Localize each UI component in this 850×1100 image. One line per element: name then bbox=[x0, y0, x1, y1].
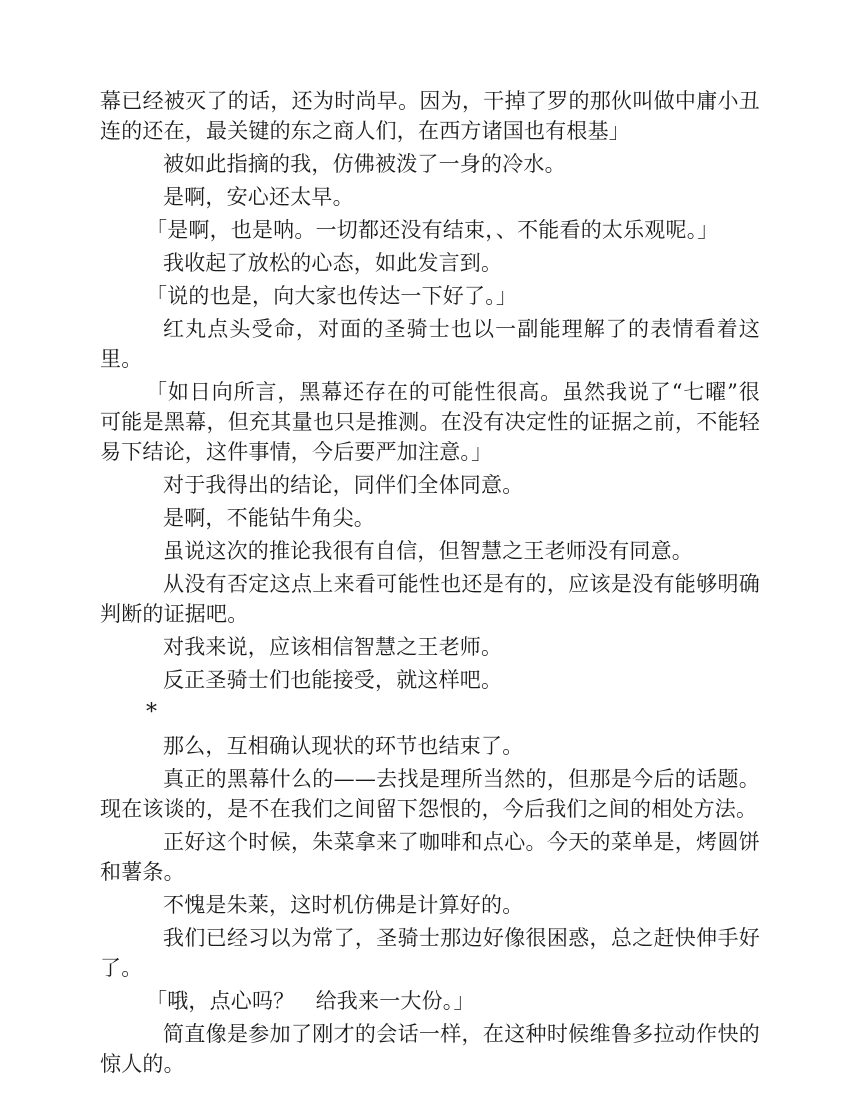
dialogue-paragraph: 「说的也是，向大家也传达一下好了。」 bbox=[100, 281, 760, 311]
dialogue-paragraph: 「如日向所言，黑幕还存在的可能性很高。虽然我说了“七曜”很可能是黑幕，但充其量也… bbox=[100, 377, 760, 467]
paragraph: 反正圣骑士们也能接受，就这样吧。 bbox=[100, 665, 760, 695]
paragraph: 幕已经被灭了的话，还为时尚早。因为，干掉了罗的那伙叫做中庸小丑连的还在，最关键的… bbox=[100, 86, 760, 146]
scene-separator: * bbox=[100, 698, 760, 728]
dialogue-paragraph: 「哦，点心吗？ 给我来一大份。」 bbox=[100, 986, 760, 1016]
paragraph: 从没有否定这点上来看可能性也还是有的，应该是没有能够明确判断的证据吧。 bbox=[100, 569, 760, 629]
document-page: 幕已经被灭了的话，还为时尚早。因为，干掉了罗的那伙叫做中庸小丑连的还在，最关键的… bbox=[100, 86, 760, 1082]
dialogue-paragraph: 「是啊，也是呐。一切都还没有结束，、不能看的太乐观呢。」 bbox=[100, 215, 760, 245]
paragraph: 红丸点头受命，对面的圣骑士也以一副能理解了的表情看着这里。 bbox=[100, 314, 760, 374]
paragraph: 正好这个时候，朱菜拿来了咖啡和点心。今天的菜单是，烤圆饼和薯条。 bbox=[100, 827, 760, 887]
paragraph: 简直像是参加了刚才的会话一样，在这种时候维鲁多拉动作快的惊人的。 bbox=[100, 1019, 760, 1079]
paragraph: 是啊，不能钻牛角尖。 bbox=[100, 503, 760, 533]
paragraph: 对我来说，应该相信智慧之王老师。 bbox=[100, 632, 760, 662]
paragraph: 真正的黑幕什么的——去找是理所当然的，但那是今后的话题。现在该谈的，是不在我们之… bbox=[100, 764, 760, 824]
paragraph: 对于我得出的结论，同伴们全体同意。 bbox=[100, 470, 760, 500]
paragraph: 虽说这次的推论我很有自信，但智慧之王老师没有同意。 bbox=[100, 536, 760, 566]
paragraph: 是啊，安心还太早。 bbox=[100, 182, 760, 212]
paragraph: 我收起了放松的心态，如此发言到。 bbox=[100, 248, 760, 278]
paragraph: 不愧是朱莱，这时机仿佛是计算好的。 bbox=[100, 890, 760, 920]
paragraph: 那么，互相确认现状的环节也结束了。 bbox=[100, 731, 760, 761]
paragraph: 被如此指摘的我，仿佛被泼了一身的冷水。 bbox=[100, 149, 760, 179]
paragraph: 我们已经习以为常了，圣骑士那边好像很困惑，总之赶快伸手好了。 bbox=[100, 923, 760, 983]
